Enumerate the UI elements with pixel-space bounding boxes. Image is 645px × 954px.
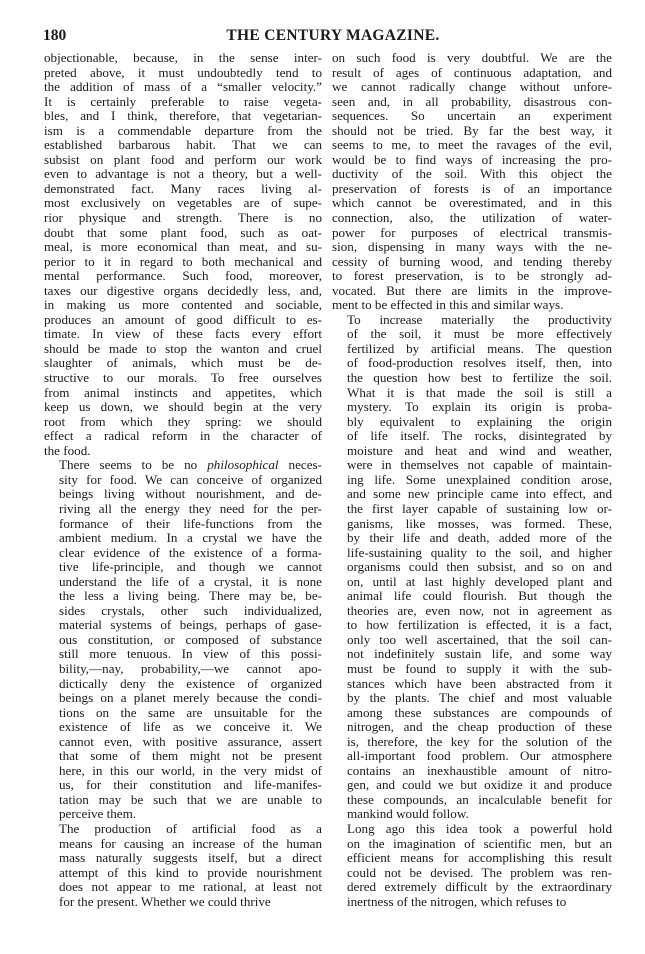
paragraph: The production of artificial food as ame… (44, 822, 322, 909)
text-line: means for causing an increase of the hum… (44, 837, 322, 852)
text-line: ductivity of the soil. With this object … (332, 167, 612, 182)
text-line: vocated. But there are limits in the imp… (332, 284, 612, 299)
text-line: seen and, in all probability, disastrous… (332, 95, 612, 110)
text-line: in making us more contented and sociable… (44, 298, 322, 313)
text-line: doubt that some plant food, such as oat- (44, 226, 322, 241)
text-line: us, for their constitution and life-mani… (44, 778, 322, 793)
text-line: root from which they spring: we should (44, 415, 322, 430)
text-line: Long ago this idea took a powerful hold (332, 822, 612, 837)
text-line: bly equivalent to explaining the origin (332, 415, 612, 430)
text-line: taxes our digestive organs decidedly les… (44, 284, 322, 299)
text-line: mental performance. Such food, moreover, (44, 269, 322, 284)
text-line: keep us down, we should begin at the ver… (44, 400, 322, 415)
text-line: beings on a planet merely because the co… (44, 691, 322, 706)
text-line: meal, is more economical than meat, and … (44, 240, 322, 255)
text-line: on such food is very doubtful. We are th… (332, 51, 612, 66)
text-line: must be found to supply it with the sub- (332, 662, 612, 677)
text-line: cannot even, with positive assurance, as… (44, 735, 322, 750)
text-line: sion, dispensing in many ways with the n… (332, 240, 612, 255)
text-line: organisms could then subsist, and so on … (332, 560, 612, 575)
text-line: still more tenuous. In view of this poss… (44, 647, 322, 662)
text-line: the food. (44, 444, 322, 459)
text-line: from animal instincts and appetites, whi… (44, 386, 322, 401)
text-line: by the plants. The chief and most valuab… (332, 691, 612, 706)
text-line: for the present. Whether we could thrive (44, 895, 322, 910)
text-line: should be made to stop the wanton and cr… (44, 342, 322, 357)
text-line: which cannot be overestimated, and in th… (332, 196, 612, 211)
text-line: on the imagination of scientific men, bu… (332, 837, 612, 852)
text-line: sity for food. We can conceive of organi… (44, 473, 322, 488)
text-line: mankind would follow. (332, 807, 612, 822)
text-line: of food-production resolves itself, then… (332, 356, 612, 371)
text-line: produces an amount of good difficult to … (44, 313, 322, 328)
text-line: we cannot radically change without unfor… (332, 80, 612, 95)
text-line: of the soil, it must be more effectively (332, 327, 612, 342)
text-line: these compounds, an incalculable benefit… (332, 793, 612, 808)
text-line: cessity of burning wood, and tending the… (332, 255, 612, 270)
text-line: sequences. So uncertain an experiment (332, 109, 612, 124)
text-line: ism is a commendable departure from the (44, 124, 322, 139)
text-line: stances which have been abstracted from … (332, 677, 612, 692)
text-line: is, therefore, the key for the solution … (332, 735, 612, 750)
text-line: preservation of forests is of an importa… (332, 182, 612, 197)
text-line: ambient medium. In a crystal we have the (44, 531, 322, 546)
text-line: tive life-principle, and though we canno… (44, 560, 322, 575)
text-line: inertness of the nitrogen, which refuses… (332, 895, 612, 910)
text-line: gen, and could we but oxidize it and pro… (332, 778, 612, 793)
text-line: contains an inexhaustible amount of nitr… (332, 764, 612, 779)
text-line: What it is that made the soil is still a (332, 386, 612, 401)
text-line: It is certainly preferable to raise vege… (44, 95, 322, 110)
text-line: perceive them. (44, 807, 322, 822)
text-line: dictically deny the existence of organiz… (44, 677, 322, 692)
text-line: tions on the same are unsuitable for the (44, 706, 322, 721)
text-line: the less a living being. There may be, b… (44, 589, 322, 604)
text-line: ganisms, like mosses, was formed. These, (332, 517, 612, 532)
text-line: ment to be effected in this and similar … (332, 298, 612, 313)
text-line: not indefinitely sustain life, and some … (332, 647, 612, 662)
text-line: structive to our morals. To free ourselv… (44, 371, 322, 386)
text-line: does not appear to me rational, at least… (44, 880, 322, 895)
paragraph: There seems to be no philosophical neces… (44, 458, 322, 822)
text-line: tation may be such that we are unable to (44, 793, 322, 808)
text-line: connection, also, the utilization of wat… (332, 211, 612, 226)
text-line: fertilized by artificial means. The ques… (332, 342, 612, 357)
text-line: on, until at last highly developed plant… (332, 575, 612, 590)
text-line: to how fertilization is effected, it is … (332, 618, 612, 633)
text-line: the question how best to fertilize the s… (332, 371, 612, 386)
text-line: and some new principle came into effect,… (332, 487, 612, 502)
text-line: material systems of beings, perhaps of g… (44, 618, 322, 633)
text-line: dered extremely difficult by the extraor… (332, 880, 612, 895)
text-line: life-sustaining quality to the soil, and… (332, 546, 612, 561)
paragraph: To increase materially the productivityo… (332, 313, 612, 822)
text-line: rior physique and strength. There is no (44, 211, 322, 226)
text-line: ing life. Some unexplained condition aro… (332, 473, 612, 488)
paragraph: on such food is very doubtful. We are th… (332, 51, 612, 313)
text-line: efficient means for accomplishing this r… (332, 851, 612, 866)
text-line: should not be tried. By far the best way… (332, 124, 612, 139)
text-line: established barbarous habit. That we can (44, 138, 322, 153)
text-line: beings living without nourishment, and d… (44, 487, 322, 502)
text-line: among these substances are compounds of (332, 706, 612, 721)
paragraph: objectionable, because, in the sense int… (44, 51, 322, 458)
text-line: subsist on plant food and perform our wo… (44, 153, 322, 168)
text-line: moisture and heat and wind and weather, (332, 444, 612, 459)
text-line: effect a radical reform in the character… (44, 429, 322, 444)
text-line: ous constitution, or composed of substan… (44, 633, 322, 648)
text-line: nitrogen, and the cheap production of th… (332, 720, 612, 735)
text-line: only too well ascertained, that the soil… (332, 633, 612, 648)
italic-emphasis: philosophical (207, 457, 278, 472)
text-line: demonstrated fact. Many races living al- (44, 182, 322, 197)
paragraph: Long ago this idea took a powerful holdo… (332, 822, 612, 909)
text-line: here, in this our world, in the very mid… (44, 764, 322, 779)
text-line: the addition of mass of a “smaller veloc… (44, 80, 322, 95)
text-line: objectionable, because, in the sense int… (44, 51, 322, 66)
text-line: of life itself. The rocks, disintegrated… (332, 429, 612, 444)
text-line: even to advantage is not a theory, but a… (44, 167, 322, 182)
text-line: The production of artificial food as a (44, 822, 322, 837)
text-line: understand the life of a crystal, it is … (44, 575, 322, 590)
text-line: all-important food problem. Our atmosphe… (332, 749, 612, 764)
text-line: the first layer capable of sustaining lo… (332, 502, 612, 517)
text-line: most exclusively on vegetables are of su… (44, 196, 322, 211)
text-line: mass naturally suggests itself, but a di… (44, 851, 322, 866)
running-head: 180 THE CENTURY MAGAZINE. (43, 27, 603, 45)
text-line: seems to me, to meet the ravages of the … (332, 138, 612, 153)
text-line: that some of them might not be present (44, 749, 322, 764)
text-line: riving all the energy they need for the … (44, 502, 322, 517)
text-line: would be to find ways of increasing the … (332, 153, 612, 168)
text-line: bility,—nay, probability,—we cannot apo- (44, 662, 322, 677)
text-line: animal life could flourish. But though t… (332, 589, 612, 604)
text-line: timate. In view of these facts every eff… (44, 327, 322, 342)
text-line: slaughter of animals, which must be de- (44, 356, 322, 371)
text-line: sides crystals, other such individualize… (44, 604, 322, 619)
text-line: perior to it in regard to both mechanica… (44, 255, 322, 270)
text-line: bles, and I think, therefore, that veget… (44, 109, 322, 124)
text-line: mystery. To explain its origin is proba- (332, 400, 612, 415)
text-line: could not be devised. The problem was re… (332, 866, 612, 881)
text-line: To increase materially the productivity (332, 313, 612, 328)
text-line: formance of their life-functions from th… (44, 517, 322, 532)
text-line: power for purposes of electrical transmi… (332, 226, 612, 241)
text-line: attempt of this kind to provide nourishm… (44, 866, 322, 881)
text-column-left: objectionable, because, in the sense int… (44, 51, 322, 909)
text-line: by their life and death, added more of t… (332, 531, 612, 546)
text-line: theories are, even now, not in agreement… (332, 604, 612, 619)
text-line: There seems to be no philosophical neces… (44, 458, 322, 473)
text-line: preted above, it must undoubtedly tend t… (44, 66, 322, 81)
text-line: were in themselves not capable of mainta… (332, 458, 612, 473)
magazine-title: THE CENTURY MAGAZINE. (43, 27, 603, 45)
text-line: to forest preservation, is to be strongl… (332, 269, 612, 284)
text-column-right: on such food is very doubtful. We are th… (332, 51, 612, 909)
text-line: existence of life as we conceive it. We (44, 720, 322, 735)
text-line: result of ages of continuous adaptation,… (332, 66, 612, 81)
magazine-page: 180 THE CENTURY MAGAZINE. objectionable,… (0, 0, 645, 954)
text-line: clear evidence of the existence of a for… (44, 546, 322, 561)
